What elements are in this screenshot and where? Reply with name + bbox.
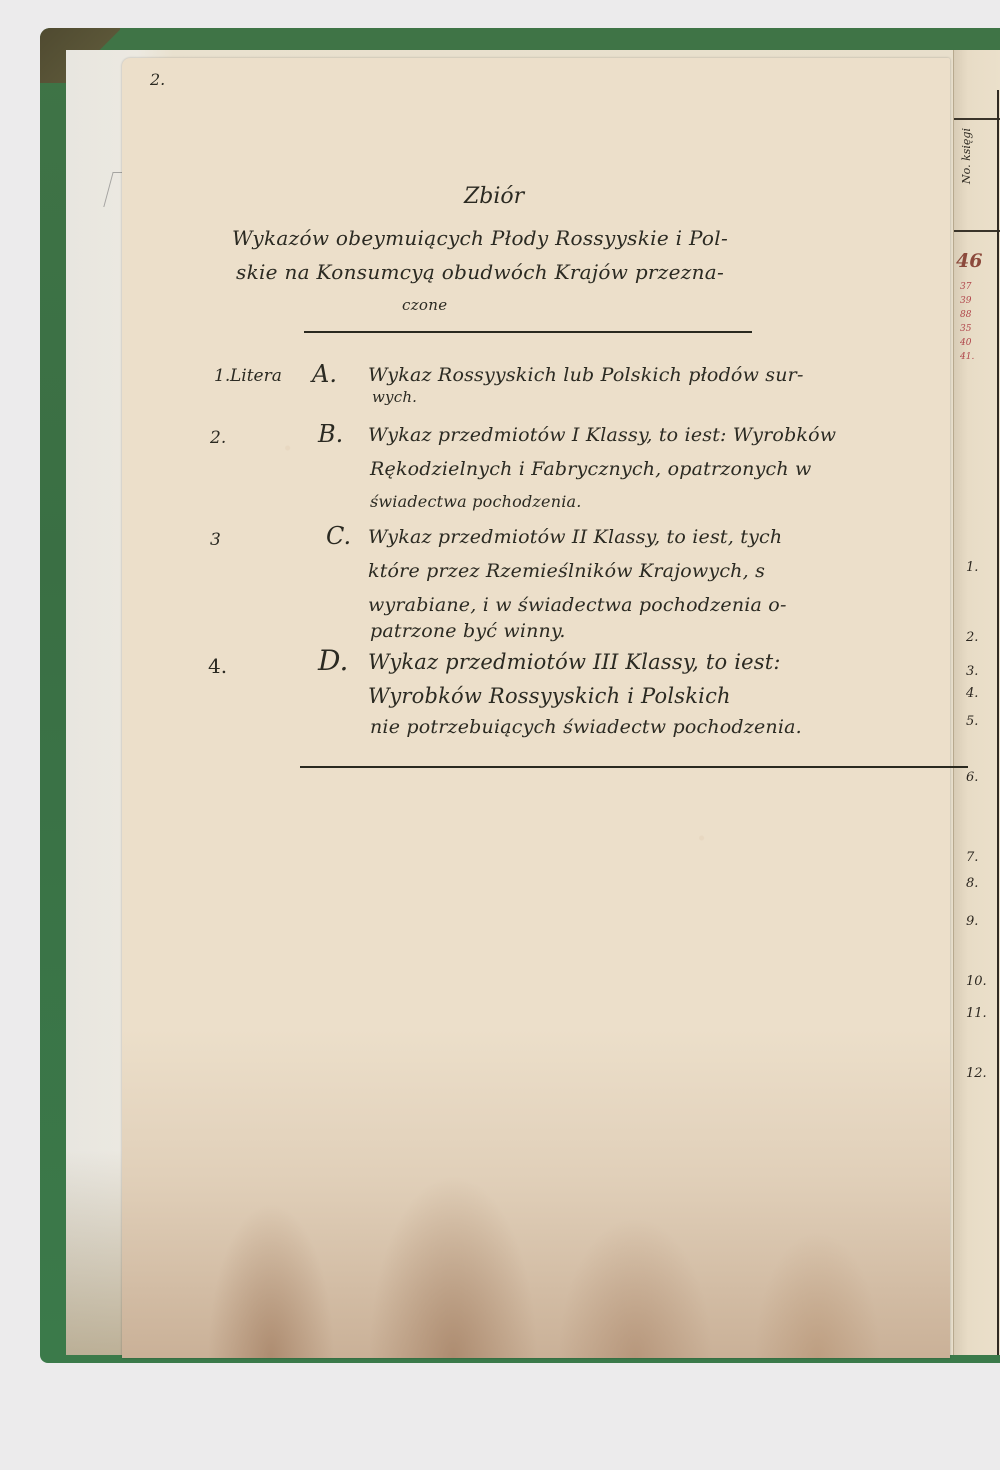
entry-line: wyrabiane, i w świadectwa pochodzenia o- bbox=[368, 594, 787, 616]
row-number: 6. bbox=[966, 770, 978, 785]
row-number: 2. bbox=[966, 630, 978, 645]
page-title: Zbiór bbox=[464, 184, 524, 209]
subtitle-line: czone bbox=[402, 296, 447, 314]
red-annotation: 37 bbox=[960, 280, 971, 294]
entry-line: Rękodzielnych i Fabrycznych, opatrzonych… bbox=[370, 458, 812, 480]
subtitle-line: skie na Konsumcyą obudwóch Krajów przezn… bbox=[236, 260, 724, 284]
entry-line: świadectwa pochodzenia. bbox=[370, 492, 582, 511]
entry-line: Wyrobków Rossyyskich i Polskich bbox=[368, 684, 731, 708]
row-number: 1. bbox=[966, 560, 978, 575]
entry-letter: B. bbox=[318, 420, 343, 448]
row-number: 10. bbox=[966, 974, 987, 989]
row-number: 4. bbox=[966, 686, 978, 701]
red-annotation: 35 bbox=[960, 322, 971, 336]
manuscript-page bbox=[122, 58, 950, 1358]
table-rule bbox=[954, 230, 1000, 232]
red-annotation: 88 bbox=[960, 308, 971, 322]
row-number: 12. bbox=[966, 1066, 987, 1081]
red-annotation: 40 bbox=[960, 336, 971, 350]
entry-line: Wykaz przedmiotów III Klassy, to iest: bbox=[368, 650, 781, 674]
water-stain bbox=[122, 1028, 950, 1358]
entry-number: 3 bbox=[210, 530, 221, 550]
red-mark: 46 bbox=[956, 250, 982, 272]
entry-number: 1. bbox=[214, 366, 230, 386]
entry-number: 4. bbox=[208, 654, 227, 678]
row-number: 8. bbox=[966, 876, 978, 891]
row-number: 11. bbox=[966, 1006, 987, 1021]
row-number: 3. bbox=[966, 664, 978, 679]
title-divider bbox=[304, 331, 752, 333]
subtitle-line: Wykazów obeymuiących Płody Rossyyskie i … bbox=[232, 226, 728, 250]
bottom-divider bbox=[300, 766, 968, 768]
entry-line: wych. bbox=[372, 388, 417, 406]
entry-prefix: Litera bbox=[230, 366, 282, 386]
entry-number: 2. bbox=[210, 428, 226, 448]
row-number: 9. bbox=[966, 914, 978, 929]
entry-line: Wykaz przedmiotów II Klassy, to iest, ty… bbox=[368, 526, 782, 548]
entry-letter: D. bbox=[318, 644, 348, 677]
entry-letter: A. bbox=[312, 360, 337, 388]
table-rule-vertical bbox=[997, 90, 999, 1355]
entry-line: Wykaz Rossyyskich lub Polskich płodów su… bbox=[368, 364, 804, 386]
red-annotation: 39 bbox=[960, 294, 971, 308]
page-number: 2. bbox=[150, 70, 165, 89]
endpaper-water-stain bbox=[66, 1150, 126, 1355]
entry-line: patrzone być winny. bbox=[370, 620, 566, 642]
entry-line: które przez Rzemieślników Krajowych, s bbox=[368, 560, 765, 582]
table-rule bbox=[954, 118, 1000, 120]
entry-line: Wykaz przedmiotów I Klassy, to iest: Wyr… bbox=[368, 424, 836, 446]
adjacent-page-strip: No. księgi 46 37 39 88 35 40 41. 1. 2. 3… bbox=[953, 50, 1000, 1355]
red-annotation: 41. bbox=[960, 350, 974, 364]
entry-line: nie potrzebuiących świadectw pochodzenia… bbox=[370, 716, 802, 738]
row-number: 7. bbox=[966, 850, 978, 865]
column-header: No. księgi bbox=[960, 128, 973, 184]
entry-letter: C. bbox=[326, 522, 351, 550]
row-number: 5. bbox=[966, 714, 978, 729]
